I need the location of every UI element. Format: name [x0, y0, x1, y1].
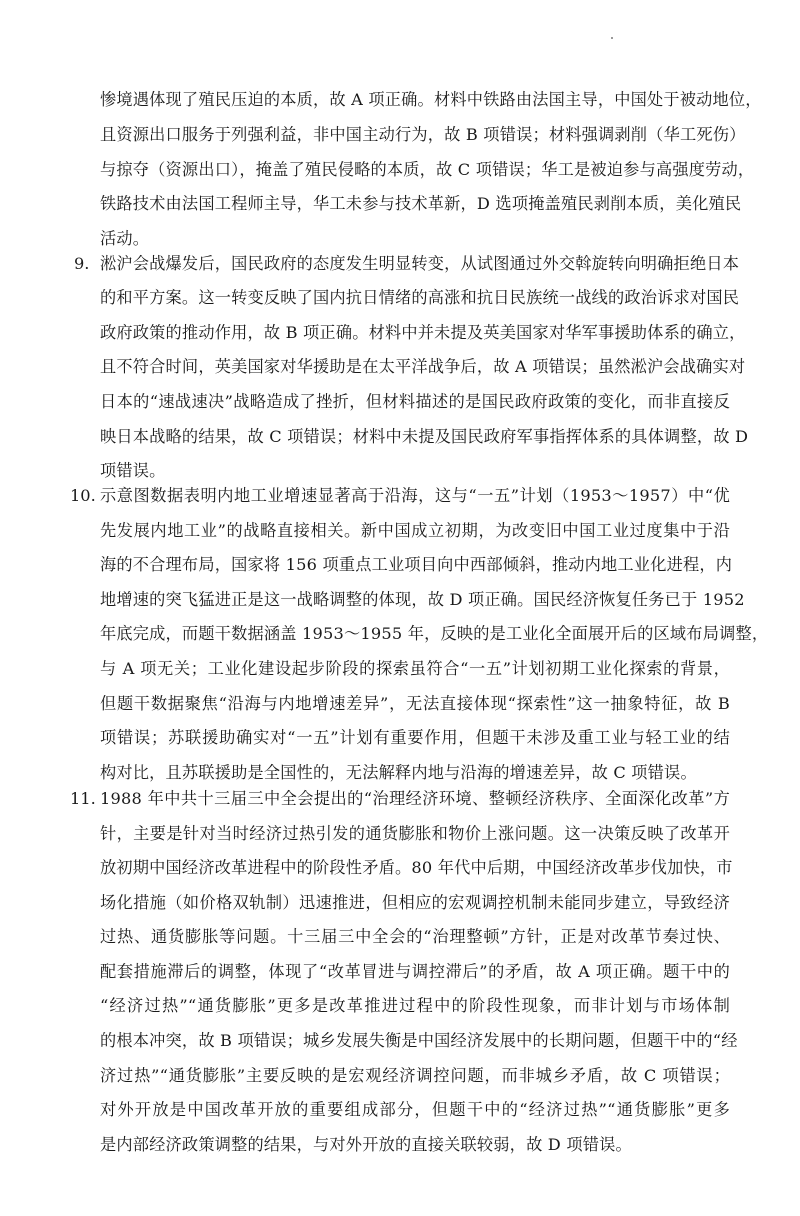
text-line: 活动。 [100, 229, 730, 249]
item-number: 9. [74, 254, 89, 274]
text-line: 放初期中国经济改革进程中的阶段性矛盾。80 年代中后期，中国经济改革步伐加快，市 [100, 858, 730, 878]
text-line: 铁路技术由法国工程师主导，华工未参与技术革新，D 选项掩盖殖民剥削本质，美化殖民 [100, 194, 730, 214]
text-line: 与掠夺（资源出口），掩盖了殖民侵略的本质，故 C 项错误；华工是被迫参与高强度劳… [100, 160, 730, 180]
text-line: 场化措施（如价格双轨制）迅速推进，但相应的宏观调控机制未能同步建立，导致经济 [100, 893, 730, 913]
text-line: 对外开放是中国改革开放的重要组成部分，但题干中的“经济过热”“通货膨胀”更多 [100, 1100, 730, 1120]
text-line: 配套措施滞后的调整，体现了“改革冒进与调控滞后”的矛盾，故 A 项正确。题干中的 [100, 962, 730, 982]
text-line: 与 A 项无关；工业化建设起步阶段的探索虽符合“一五”计划初期工业化探索的背景， [100, 659, 730, 679]
text-line: 年底完成，而题干数据涵盖 1953～1955 年，反映的是工业化全面展开后的区域… [100, 624, 730, 644]
scan-dot [611, 37, 613, 39]
text-line: 示意图数据表明内地工业增速显著高于沿海，这与“一五”计划（1953～1957）中… [100, 486, 730, 506]
text-line: “经济过热”“通货膨胀”更多是改革推进过程中的阶段性现象，而非计划与市场体制 [100, 996, 730, 1016]
text-line: 项错误。 [100, 461, 730, 481]
text-line: 映日本战略的结果，故 C 项错误；材料中未提及国民政府军事指挥体系的具体调整，故… [100, 427, 730, 447]
text-line: 且不符合时间，英美国家对华援助是在太平洋战争后，故 A 项错误；虽然淞沪会战确实… [100, 357, 730, 377]
text-line: 过热、通货膨胀等问题。十三届三中全会的“治理整顿”方针，正是对改革节奏过快、 [100, 927, 730, 947]
text-line: 惨境遇体现了殖民压迫的本质，故 A 项正确。材料中铁路由法国主导，中国处于被动地… [100, 90, 730, 110]
item-number: 11. [70, 789, 96, 809]
text-line: 是内部经济政策调整的结果，与对外开放的直接关联较弱，故 D 项错误。 [100, 1135, 730, 1155]
text-line: 政府政策的推动作用，故 B 项正确。材料中并未提及英美国家对华军事援助体系的确立… [100, 323, 730, 343]
text-line: 淞沪会战爆发后，国民政府的态度发生明显转变，从试图通过外交斡旋转向明确拒绝日本 [100, 254, 730, 274]
text-line: 但题干数据聚焦“沿海与内地增速差异”，无法直接体现“探索性”这一抽象特征，故 B [100, 694, 730, 714]
text-line: 先发展内地工业”的战略直接相关。新中国成立初期，为改变旧中国工业过度集中于沿 [100, 521, 730, 541]
item-number: 10. [70, 486, 96, 506]
text-line: 针，主要是针对当时经济过热引发的通货膨胀和物价上涨问题。这一决策反映了改革开 [100, 824, 730, 844]
text-line: 项错误；苏联援助确实对“一五”计划有重要作用，但题干未涉及重工业与轻工业的结 [100, 728, 730, 748]
text-line: 日本的“速战速决”战略造成了挫折，但材料描述的是国民政府政策的变化，而非直接反 [100, 392, 730, 412]
text-line: 济过热”“通货膨胀”主要反映的是宏观经济调控问题，而非城乡矛盾，故 C 项错误； [100, 1066, 730, 1086]
text-line: 海的不合理布局，国家将 156 项重点工业项目向中西部倾斜，推动内地工业化进程，… [100, 555, 730, 575]
text-line: 1988 年中共十三届三中全会提出的“治理经济环境、整顿经济秩序、全面深化改革”… [100, 789, 730, 809]
text-line: 的和平方案。这一转变反映了国内抗日情绪的高涨和抗日民族统一战线的政治诉求对国民 [100, 288, 730, 308]
text-line: 地增速的突飞猛进正是这一战略调整的体现，故 D 项正确。国民经济恢复任务已于 1… [100, 590, 730, 610]
text-line: 构对比，且苏联援助是全国性的，无法解释内地与沿海的增速差异，故 C 项错误。 [100, 763, 730, 783]
text-line: 且资源出口服务于列强利益，非中国主动行为，故 B 项错误；材料强调剥削（华工死伤… [100, 125, 730, 145]
text-line: 的根本冲突，故 B 项错误；城乡发展失衡是中国经济发展中的长期问题，但题干中的“… [100, 1031, 730, 1051]
